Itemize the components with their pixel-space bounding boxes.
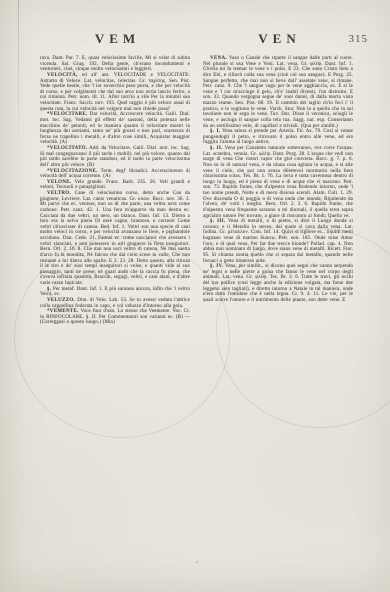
dictionary-entry: VELOCITÀ, ed all' ant. VELOCITADE e VELO…: [40, 73, 190, 112]
dictionary-entry: §. II. Vena per Canaletto naturale sotte…: [203, 146, 353, 219]
entry-body: Vena talora si prende per Arteria. Fir. …: [203, 129, 353, 145]
text-block: rava. Dant. Par. 7. E, quasi velocissime…: [40, 56, 353, 326]
entry-headword: §. II.: [210, 146, 223, 151]
page-fold-line: [18, 0, 19, 160]
entry-body: Vena, per similit., si dicono quei segni…: [203, 264, 353, 303]
dictionary-entry: §. IV. Vena, per similit., si dicono que…: [203, 264, 353, 303]
entry-body: rava. Dant. Par. 7. E, quasi velocissime…: [40, 56, 190, 72]
entry-headword: *VELOCITARE.: [47, 112, 88, 117]
entry-body: Vaso o Canale che riparte il sangue dall…: [203, 56, 353, 129]
entry-headword: §.: [47, 287, 51, 292]
entry-headword: *VELOCITAZIONE.: [47, 169, 98, 174]
right-column: VENA. Vaso o Canale che riparte il sangu…: [203, 56, 353, 326]
entry-body: ed all' ant. VELOCITADE e VELOCITATE: As…: [40, 73, 190, 112]
book-page: VEM VEN 315 rava. Dant. Par. 7. E, quasi…: [0, 0, 390, 592]
dictionary-entry: VELONE. Velo grande. Franc. Barb. 235. 2…: [40, 180, 190, 191]
dictionary-entry: §. III. Vena di metalli, o di pietre, si…: [203, 219, 353, 264]
running-head: VEM VEN 315: [0, 31, 390, 49]
entry-headword: §. IV.: [210, 264, 223, 269]
paper-speck: [58, 574, 59, 575]
page-number: 315: [349, 33, 369, 45]
entry-body: Cane di velocissimo corso, detto anche C…: [40, 191, 190, 286]
entry-headword: VELTRO.: [47, 191, 71, 196]
dictionary-entry: *VEMENTE. Voce fuor d'uso. Lo stesso che…: [40, 309, 190, 326]
dictionary-entry: rava. Dant. Par. 7. E, quasi velocissime…: [40, 56, 190, 73]
running-head-right: VEN: [202, 31, 352, 47]
dictionary-entry: *VELOCITATO. Add. da Velocitare. Galil. …: [40, 146, 190, 169]
entry-headword: §. III.: [210, 219, 225, 224]
entry-headword: VELONE.: [47, 180, 71, 185]
left-column: rava. Dant. Par. 7. E, quasi velocissime…: [40, 56, 190, 326]
entry-body: Vena per Canaletto naturale sotterraneo,…: [203, 146, 353, 219]
dictionary-entry: §. Per metaf. Dant. Inf. 1. E più sarann…: [40, 287, 190, 298]
entry-headword: §. I.: [210, 129, 220, 134]
running-head-left: VEM: [40, 31, 190, 47]
entry-headword: VELUZZO.: [47, 298, 75, 303]
entry-headword: VENA.: [210, 56, 227, 61]
dictionary-entry: *VELOCITAZIONE. Term. degl' Idraulici. A…: [40, 169, 190, 180]
paper-speck: [196, 561, 198, 563]
dictionary-entry: §. I. Vena talora si prende per Arteria.…: [203, 129, 353, 146]
entry-headword: *VEMENTE.: [47, 309, 79, 314]
dictionary-entry: VELTRO. Cane di velocissimo corso, detto…: [40, 191, 190, 287]
dictionary-entry: *VELOCITARE. Dar velocità, Accrescere ve…: [40, 112, 190, 146]
entry-headword: VELOCITÀ,: [47, 73, 78, 78]
entry-body: Vena di metalli, o di pietre, si dice il…: [203, 219, 353, 263]
entry-body: Dar velocità, Accrescere velocità. Galil…: [40, 112, 190, 145]
entry-headword: *VELOCITATO.: [47, 146, 87, 151]
dictionary-entry: VENA. Vaso o Canale che riparte il sangu…: [203, 56, 353, 129]
dictionary-entry: VELUZZO. Dim. di Velo. Lab. 53. Se tu av…: [40, 298, 190, 309]
entry-body: Per metaf. Dant. Inf. 1. E più saranno a…: [40, 287, 190, 298]
